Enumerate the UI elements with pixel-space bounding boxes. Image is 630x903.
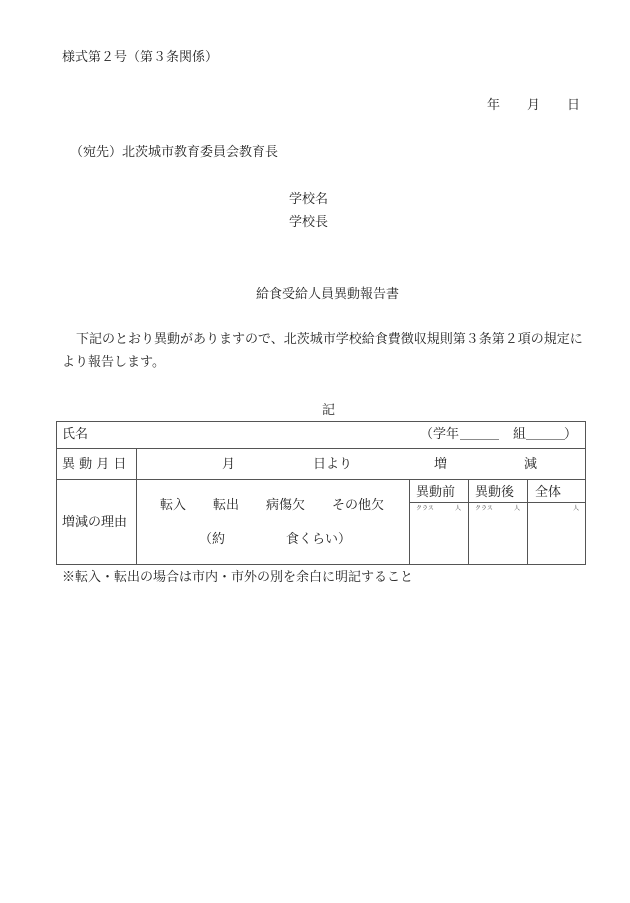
total-person-unit: 人 <box>573 506 579 512</box>
reason-transfer-out[interactable]: 転出 <box>213 499 239 512</box>
form-number: 様式第２号（第３条関係） <box>62 51 218 64</box>
ki-heading: 記 <box>322 404 335 417</box>
approx-open: （約 <box>199 533 225 546</box>
date-day: 日 <box>567 99 580 112</box>
class-field[interactable]: ＿＿＿ <box>526 428 565 441</box>
date-year: 年 <box>487 99 500 112</box>
document-title: 給食受給人員異動報告書 <box>256 288 399 301</box>
before-class-unit: クラス <box>416 506 434 512</box>
principal-label: 学校長 <box>289 216 328 229</box>
before-person-unit: 人 <box>455 506 461 512</box>
decrease-option[interactable]: 減 <box>524 458 537 471</box>
addressee: （宛先）北茨城市教育委員会教育長 <box>70 146 278 159</box>
grade-open: （学年 <box>420 428 459 441</box>
reason-label: 増減の理由 <box>62 516 127 529</box>
school-name-label: 学校名 <box>289 193 328 206</box>
name-label: 氏名 <box>62 428 88 441</box>
after-class-unit: クラス <box>475 506 493 512</box>
class-label: 組 <box>513 428 526 441</box>
before-label: 異動前 <box>416 486 455 499</box>
grade-field[interactable]: ＿＿＿ <box>460 428 499 441</box>
after-label: 異動後 <box>475 486 514 499</box>
approx-close: 食くらい） <box>286 533 351 546</box>
grade-close: ） <box>564 428 577 441</box>
reason-other-absence[interactable]: その他欠 <box>332 499 384 512</box>
total-label: 全体 <box>535 486 561 499</box>
day-from-label: 日より <box>313 458 352 471</box>
body-text-line2: より報告します。 <box>62 356 165 369</box>
name-field[interactable] <box>100 424 420 444</box>
body-text-line1: 下記のとおり異動がありますので、北茨城市学校給食費徴収規則第３条第２項の規定に <box>76 333 583 346</box>
after-person-unit: 人 <box>514 506 520 512</box>
month-label: 月 <box>222 458 235 471</box>
reason-transfer-in[interactable]: 転入 <box>160 499 186 512</box>
increase-option[interactable]: 増 <box>434 458 447 471</box>
reason-sick-absence[interactable]: 病傷欠 <box>266 499 305 512</box>
date-month: 月 <box>527 99 540 112</box>
change-date-label: 異 動 月 日 <box>62 458 126 471</box>
footnote: ※転入・転出の場合は市内・市外の別を余白に明記すること <box>62 571 413 584</box>
